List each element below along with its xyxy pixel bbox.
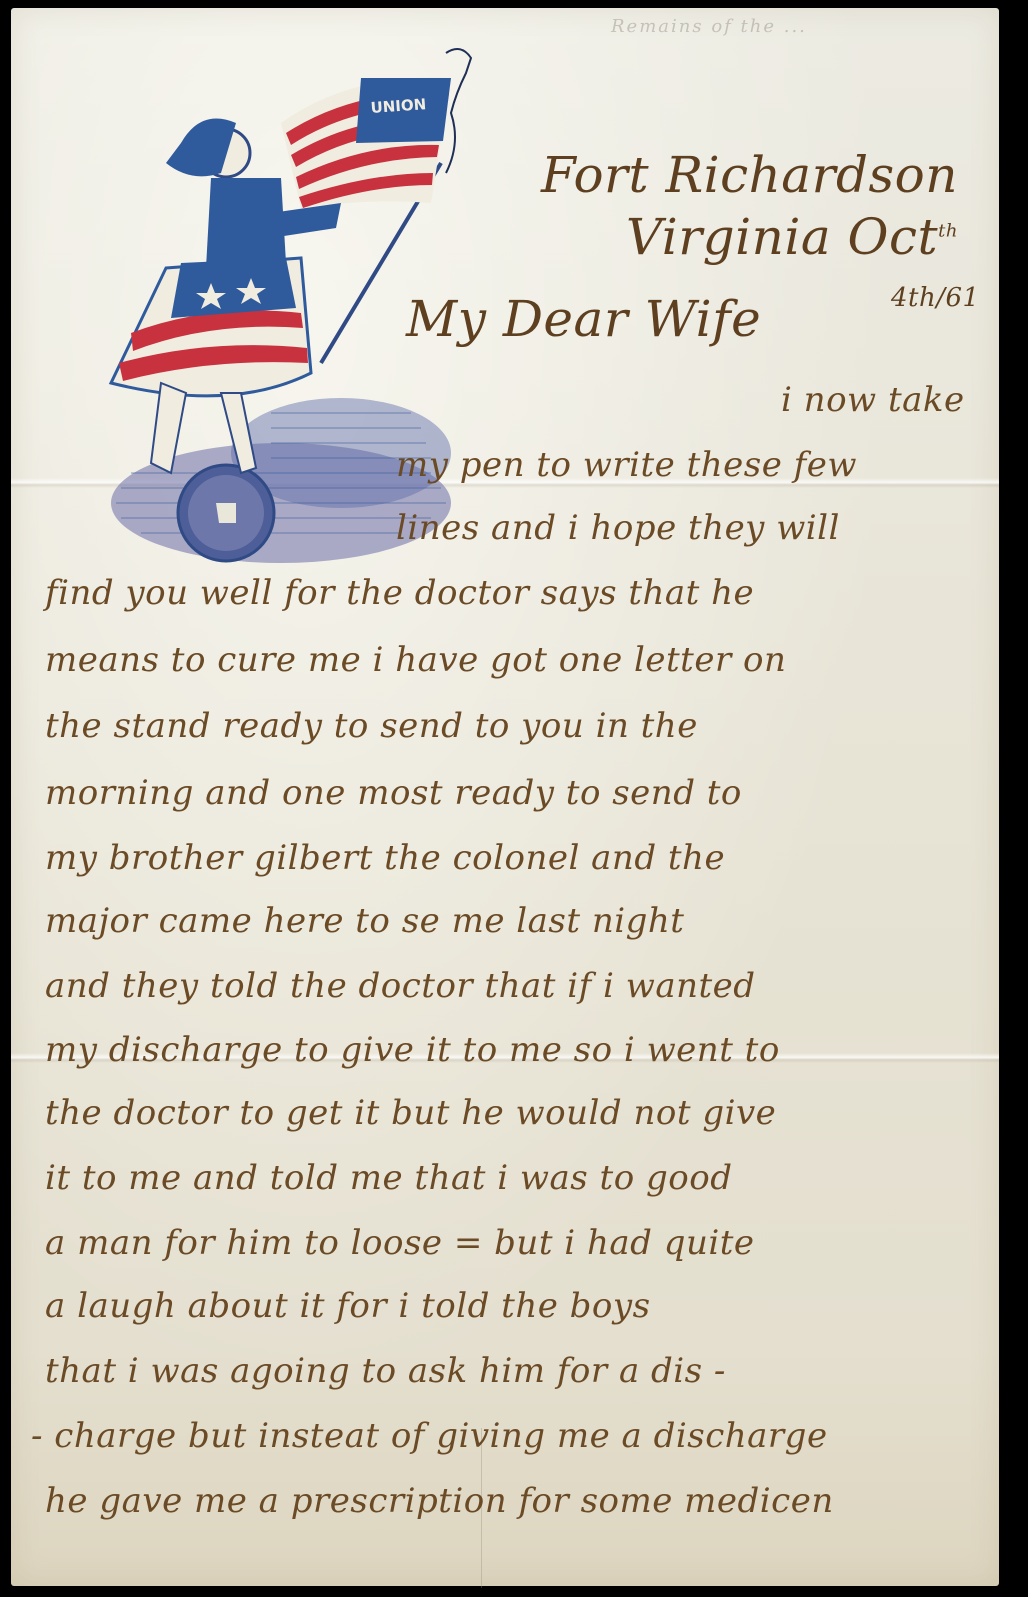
body-line: the doctor to get it but he would not gi… [45, 1093, 776, 1133]
body-line: i now take [781, 380, 965, 420]
body-line: means to cure me i have got one letter o… [45, 640, 786, 680]
body-line: - charge but insteat of giving me a disc… [31, 1416, 828, 1456]
body-line: a man for him to loose = but i had quite [45, 1223, 755, 1263]
body-line: my brother gilbert the colonel and the [45, 838, 725, 878]
place-line-1: Fort Richardson [541, 146, 958, 204]
letter-date: 4th/61 [891, 283, 980, 313]
body-line: a laugh about it for i told the boys [45, 1286, 651, 1326]
body-line: that i was agoing to ask him for a dis - [45, 1351, 726, 1391]
place-line-2: Virginia Octth [626, 208, 958, 266]
body-line: find you well for the doctor says that h… [45, 573, 754, 613]
body-line: morning and one most ready to send to [45, 773, 742, 813]
body-line: it to me and told me that i was to good [45, 1158, 732, 1198]
body-line: lines and i hope they will [396, 508, 840, 548]
day-suffix: th [938, 220, 958, 241]
body-line: major came here to se me last night [45, 901, 684, 941]
salutation: My Dear Wife [406, 290, 761, 348]
body-line: and they told the doctor that if i wante… [45, 966, 756, 1006]
body-line: the stand ready to send to you in the [45, 706, 698, 746]
body-line: my discharge to give it to me so i went … [45, 1030, 780, 1070]
body-line: my pen to write these few [396, 445, 857, 485]
letter-page: Remains of the ... UNION [11, 8, 999, 1586]
body-line: he gave me a prescription for some medic… [45, 1481, 834, 1521]
faint-header-text: Remains of the ... [611, 16, 991, 37]
place-line-2-text: Virginia Oct [626, 208, 938, 266]
